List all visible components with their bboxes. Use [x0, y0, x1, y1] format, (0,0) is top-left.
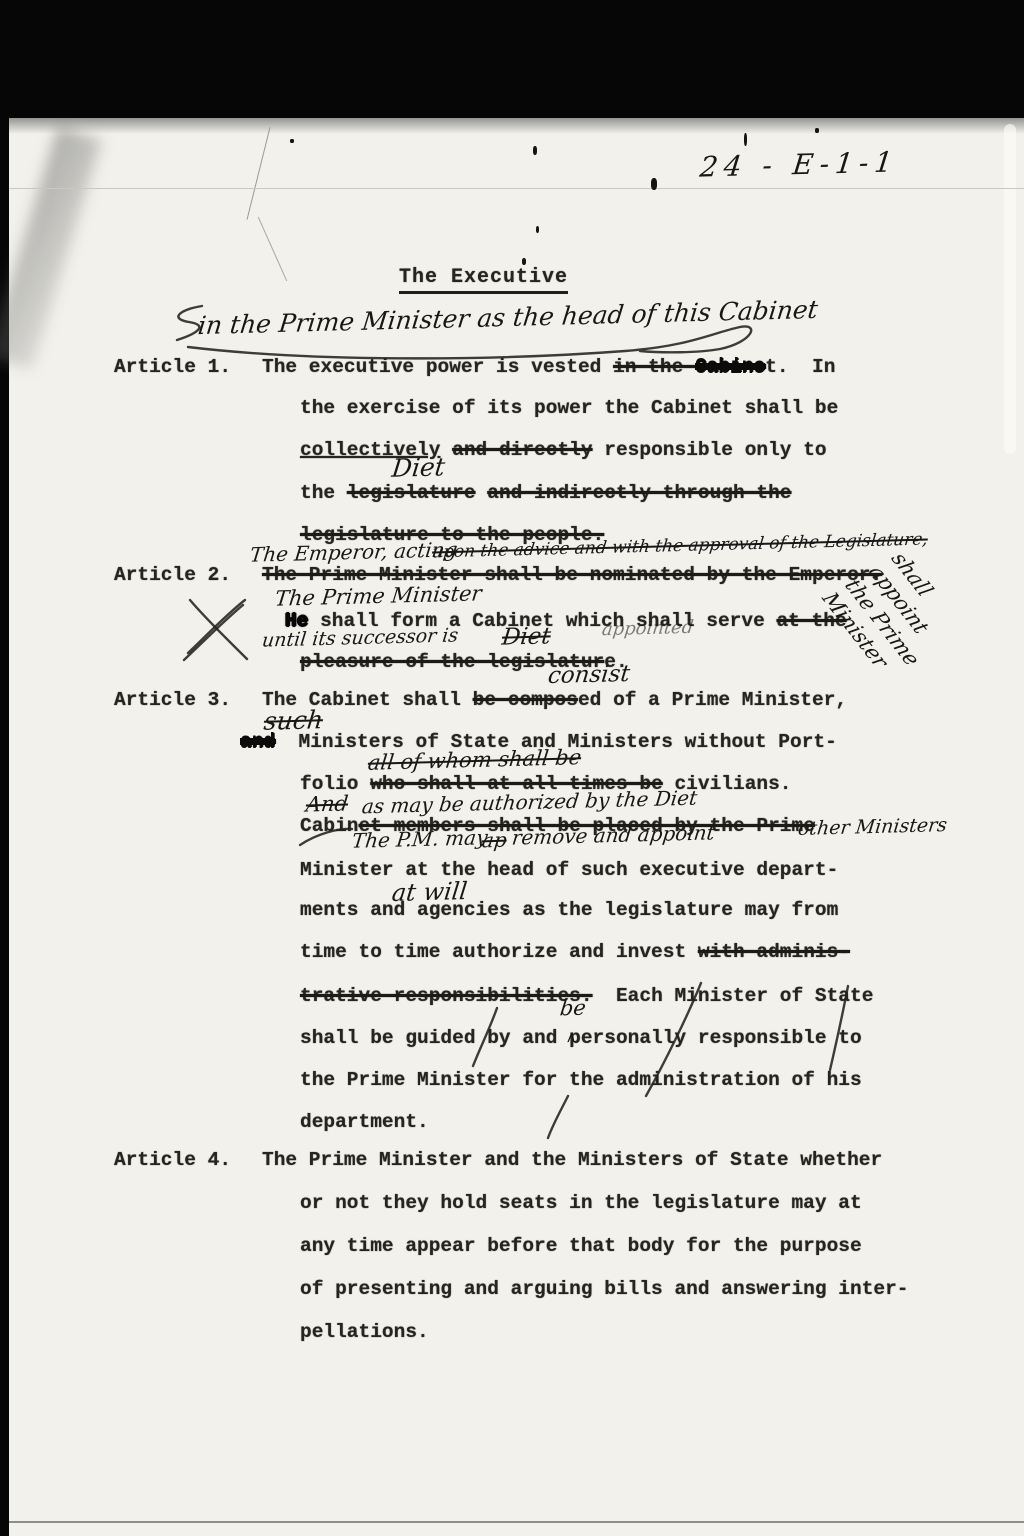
scan-speck — [522, 258, 526, 265]
typed-line: The Prime Minister shall be nominated by… — [262, 563, 882, 587]
scan-speck — [815, 128, 819, 133]
typed-line: The Prime Minister and the Ministers of … — [262, 1148, 882, 1172]
at-will: at will — [390, 877, 468, 907]
typed-segment: of presenting and arguing bills and answ… — [300, 1278, 909, 1300]
typed-line: collectively and directly responsible on… — [300, 438, 827, 462]
scan-speck — [536, 226, 539, 233]
typed-segment: the exercise of its power the Cabinet sh… — [300, 397, 838, 419]
typed-line: of presenting and arguing bills and answ… — [300, 1277, 909, 1301]
typed-segment: ed of a Prime Minister, — [578, 689, 847, 711]
typed-segment: Cabine — [695, 356, 765, 378]
ap-struck: ap — [481, 828, 508, 853]
typed-segment: the Prime Minister for the administratio… — [300, 1069, 862, 1091]
and-struck: And — [305, 791, 350, 816]
article-label: Article 2. — [114, 563, 231, 587]
typed-line: the exercise of its power the Cabinet sh… — [300, 396, 838, 420]
be-insert: be — [559, 996, 588, 1021]
typed-segment: with adminis- — [698, 941, 850, 963]
scan-speck — [290, 139, 294, 143]
typed-segment: and indirectly through the — [487, 482, 791, 504]
scanned-document: The Executive Article 1.The executive po… — [0, 0, 1024, 1536]
typed-segment: department. — [300, 1111, 429, 1133]
typed-segment: and directly — [452, 439, 592, 461]
scan-streak — [9, 1521, 1024, 1523]
typed-line: The Cabinet shall be composed of a Prime… — [262, 688, 847, 712]
doc-number: 24 - E-1-1 — [698, 145, 900, 183]
typed-segment: or not they hold seats in the legislatur… — [300, 1192, 862, 1214]
typed-segment: be compos — [473, 689, 578, 711]
typed-line: The executive power is vested in the Cab… — [262, 355, 835, 379]
typed-segment: trative responsibilities. — [300, 985, 593, 1007]
scan-streak — [9, 188, 1024, 189]
typed-segment: ments and agencies as the legislature ma… — [300, 899, 838, 921]
typed-segment: Each Minister of State — [593, 985, 874, 1007]
typed-line: Minister at the head of such executive d… — [300, 858, 838, 882]
typed-segment: Minister at the head of such executive d… — [300, 859, 838, 881]
typed-line: department. — [300, 1110, 429, 1134]
insert-caret: ∧ — [565, 1028, 578, 1046]
typed-segment: t. — [765, 356, 788, 378]
paper-curl-highlight — [1004, 124, 1016, 454]
typed-segment: pellations. — [300, 1321, 429, 1343]
document-title: The Executive — [399, 266, 568, 294]
appointed: appointed — [601, 617, 695, 640]
typed-line: any time appear before that body for the… — [300, 1234, 862, 1258]
other-ministers: other Ministers — [797, 814, 948, 840]
diet-struck: Diet — [501, 623, 553, 650]
typed-segment: the — [300, 482, 347, 504]
diet-insert: Diet — [390, 452, 446, 482]
typed-line: the Prime Minister for the administratio… — [300, 1068, 862, 1092]
typed-segment: time to time authorize and invest — [300, 941, 698, 963]
typed-segment: The Prime Minister and the Ministers of … — [262, 1149, 882, 1171]
typed-segment: The Prime Minister shall be nominated by… — [262, 564, 882, 586]
typed-segment: In — [789, 356, 836, 378]
article-label: Article 1. — [114, 355, 231, 379]
scan-speck — [651, 178, 657, 190]
typed-segment: shall be guided by and personally respon… — [300, 1027, 862, 1049]
typed-segment: legislature — [347, 482, 476, 504]
paper-top-edge — [9, 118, 1024, 134]
typed-line: ments and agencies as the legislature ma… — [300, 898, 838, 922]
such-insert: such — [262, 705, 324, 736]
article-label: Article 3. — [114, 688, 231, 712]
consist-insert: consist — [547, 661, 632, 689]
pm-may: The P.M. may — [351, 825, 489, 853]
typed-segment: responsible only to — [593, 439, 827, 461]
scan-speck — [744, 133, 747, 146]
typed-line: pellations. — [300, 1320, 429, 1344]
typed-segment: The executive power is vested — [262, 356, 613, 378]
scan-speck — [533, 146, 537, 155]
typed-segment: Cabin — [300, 815, 359, 837]
typed-line: or not they hold seats in the legislatur… — [300, 1191, 862, 1215]
typed-segment: any time appear before that body for the… — [300, 1235, 862, 1257]
typed-line: the legislature and indirectly through t… — [300, 481, 792, 505]
typed-segment: in the — [613, 356, 695, 378]
typed-line: shall be guided by and personally respon… — [300, 1026, 862, 1050]
article-label: Article 4. — [114, 1148, 231, 1172]
typed-line: time to time authorize and invest with a… — [300, 940, 850, 964]
typed-segment — [476, 482, 488, 504]
